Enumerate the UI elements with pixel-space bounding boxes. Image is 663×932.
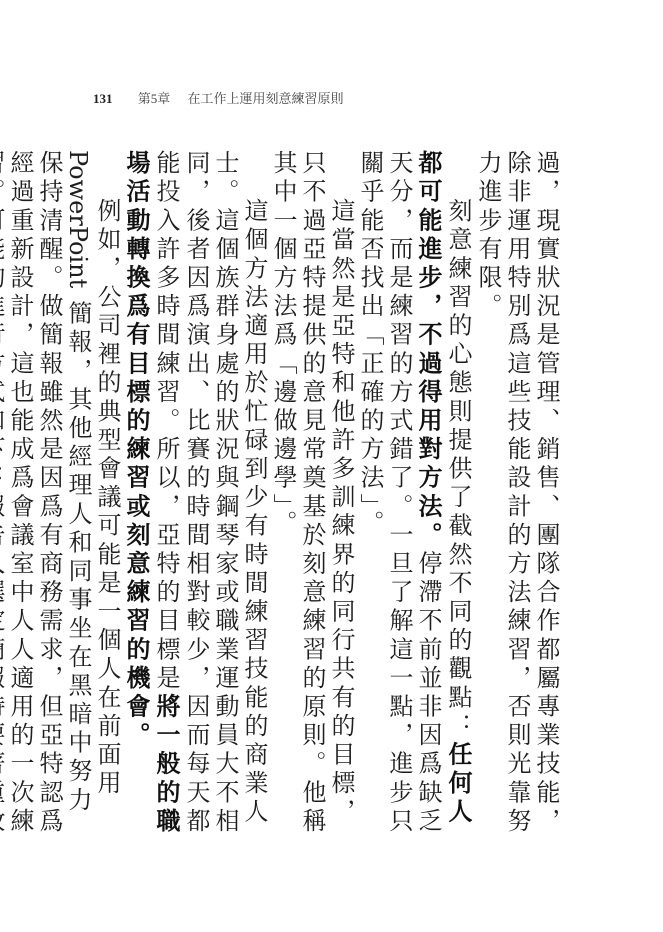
paragraph: 例如，公司裡的典型會議可能是一個人在前面用 PowerPoint 簡報，其他經理… — [0, 150, 121, 840]
running-head: 131 第5章 在工作上運用刻意練習原則 — [93, 88, 344, 107]
chapter-label: 第5章 — [138, 91, 171, 106]
page-body-text: 過，現實狀況是管理、銷售、團隊合作都屬專業技能，除非運用特別爲這些技能設計的方法… — [0, 150, 560, 840]
paragraph: 這個方法適用於忙碌到少有時間練習技能的商業人士。這個族群身處的狀況與鋼琴家或職業… — [121, 150, 268, 840]
text-run: 例如，公司裡的典型會議可能是一個人在前面用 — [93, 198, 121, 799]
paragraph: 過，現實狀況是管理、銷售、團隊合作都屬專業技能，除非運用特別爲這些技能設計的方法… — [473, 150, 560, 840]
paragraph: 刻意練習的心態則提供了截然不同的觀點：任何人都可能進步，不過得用對方法。停滯不前… — [355, 150, 473, 840]
text-run: 刻意練習的心態則提供了截然不同的觀點： — [444, 198, 472, 741]
text-run: PowerPoint — [64, 150, 92, 288]
page-number: 131 — [93, 91, 113, 106]
chapter-title: 在工作上運用刻意練習原則 — [188, 91, 344, 106]
text-run: 過，現實狀況是管理、銷售、團隊合作都屬專業技能，除非運用特別爲這些技能設計的方法… — [474, 150, 560, 836]
text-run: 這當然是亞特和他許多訓練界的同行共有的目標，只不過亞特提供的意見常奠基於刻意練習… — [269, 150, 355, 836]
paragraph: 這當然是亞特和他許多訓練界的同行共有的目標，只不過亞特提供的意見常奠基於刻意練習… — [268, 150, 355, 840]
